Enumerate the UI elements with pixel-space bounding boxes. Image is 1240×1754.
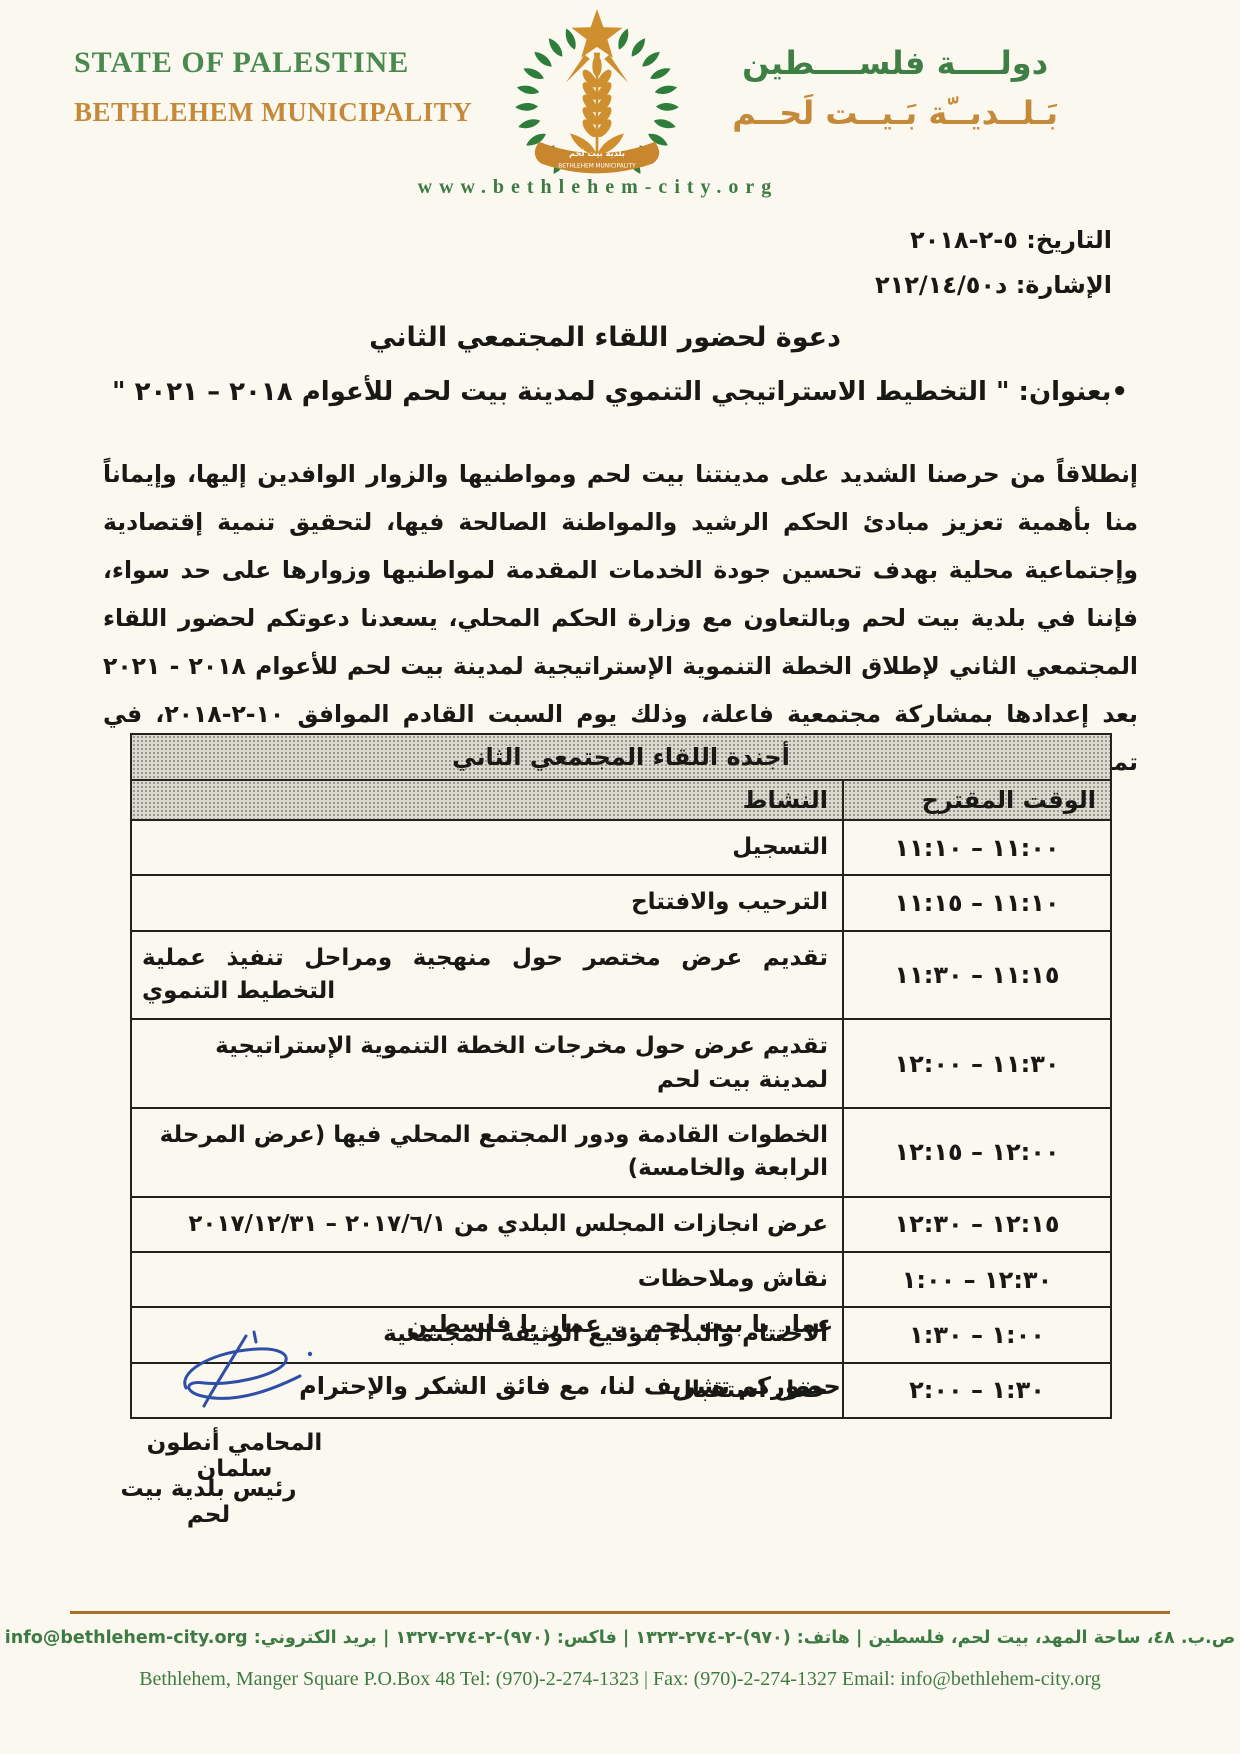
agenda-time-cell: ١٢:٠٠ – ١٢:١٥ bbox=[843, 1108, 1111, 1197]
footer-address-english: Bethlehem, Manger Square P.O.Box 48 Tel:… bbox=[0, 1668, 1240, 1691]
agenda-row: ١٢:١٥ – ١٢:٣٠ عرض انجازات المجلس البلدي … bbox=[131, 1197, 1111, 1252]
agenda-activity-cell: نقاش وملاحظات bbox=[131, 1252, 843, 1307]
agenda-activity-cell: تقديم عرض حول مخرجات الخطة التنموية الإس… bbox=[131, 1019, 843, 1108]
agenda-title: أجندة اللقاء المجتمعي الثاني bbox=[131, 734, 1111, 780]
agenda-row: ١١:١٥ – ١١:٣٠ تقديم عرض مختصر حول منهجية… bbox=[131, 931, 1111, 1020]
agenda-title-row: أجندة اللقاء المجتمعي الثاني bbox=[131, 734, 1111, 780]
agenda-row: ١٢:٠٠ – ١٢:١٥ الخطوات القادمة ودور المجت… bbox=[131, 1108, 1111, 1197]
emblem-icon: بلدية بيت لحم BETHLEHEM MUNICIPALITY bbox=[492, 6, 702, 178]
letter-title: دعوة لحضور اللقاء المجتمعي الثاني bbox=[0, 322, 1210, 353]
agenda-time-cell: ١١:١٠ – ١١:١٥ bbox=[843, 875, 1111, 930]
header-arabic: دولــــة فلســــطين بَـلــديــّة بَـيــت… bbox=[732, 44, 1058, 132]
municipality-logo: بلدية بيت لحم BETHLEHEM MUNICIPALITY bbox=[492, 6, 702, 182]
agenda-time-cell: ١٢:٣٠ – ١:٠٠ bbox=[843, 1252, 1111, 1307]
agenda-time-cell: ١١:٠٠ – ١١:١٠ bbox=[843, 820, 1111, 875]
agenda-activity-cell: تقديم عرض مختصر حول منهجية ومراحل تنفيذ … bbox=[131, 931, 843, 1020]
header-english: STATE OF PALESTINE BETHLEHEM MUNICIPALIT… bbox=[74, 46, 472, 128]
reference-line: الإشارة: د٢١٢/١٤/٥٠ bbox=[875, 263, 1112, 308]
org-name-english: STATE OF PALESTINE bbox=[74, 46, 472, 80]
date-label: التاريخ: bbox=[1026, 226, 1112, 254]
municipality-name-english: BETHLEHEM MUNICIPALITY bbox=[74, 97, 472, 128]
date-line: التاريخ: ٥-٢-٢٠١٨ bbox=[875, 218, 1112, 263]
agenda-activity-cell: عرض انجازات المجلس البلدي من ٢٠١٧/٦/١ – … bbox=[131, 1197, 843, 1252]
agenda-row: ١٢:٣٠ – ١:٠٠ نقاش وملاحظات bbox=[131, 1252, 1111, 1307]
signer-title: رئيس بلدية بيت لحم bbox=[96, 1476, 321, 1528]
agenda-activity-cell: الخطوات القادمة ودور المجتمع المحلي فيها… bbox=[131, 1108, 843, 1197]
agenda-row: ١١:٠٠ – ١١:١٠ التسجيل bbox=[131, 820, 1111, 875]
signer-name: المحامي أنطون سلمان bbox=[112, 1430, 357, 1482]
date-value: ٥-٢-٢٠١٨ bbox=[910, 226, 1018, 254]
website-url: www.bethlehem-city.org bbox=[380, 176, 816, 199]
letter-meta: التاريخ: ٥-٢-٢٠١٨ الإشارة: د٢١٢/١٤/٥٠ bbox=[875, 218, 1112, 308]
reference-value: د٢١٢/١٤/٥٠ bbox=[875, 271, 1007, 299]
org-name-arabic: دولــــة فلســــطين bbox=[732, 44, 1058, 82]
reference-label: الإشارة: bbox=[1016, 271, 1112, 299]
agenda-activity-cell: التسجيل bbox=[131, 820, 843, 875]
letter-subtitle: •بعنوان: " التخطيط الاستراتيجي التنموي ل… bbox=[0, 377, 1240, 407]
agenda-header-row: الوقت المقترح النشاط bbox=[131, 780, 1111, 820]
agenda-activity-cell: الترحيب والافتتاح bbox=[131, 875, 843, 930]
footer-address-arabic: ص.ب. ٤٨، ساحة المهد، بيت لحم، فلسطين | ه… bbox=[0, 1628, 1240, 1648]
municipality-name-arabic: بَـلــديــّة بَـيــت لَحــم bbox=[732, 94, 1058, 132]
agenda-time-cell: ١١:٣٠ – ١٢:٠٠ bbox=[843, 1019, 1111, 1108]
letter-page: STATE OF PALESTINE BETHLEHEM MUNICIPALIT… bbox=[0, 0, 1240, 1754]
banner-text-english: BETHLEHEM MUNICIPALITY bbox=[558, 164, 636, 170]
agenda-col-time: الوقت المقترح bbox=[843, 780, 1111, 820]
footer-rule bbox=[70, 1611, 1170, 1614]
agenda-time-cell: ١٢:١٥ – ١٢:٣٠ bbox=[843, 1197, 1111, 1252]
wheat-icon bbox=[570, 56, 624, 155]
banner-text-arabic: بلدية بيت لحم bbox=[569, 148, 625, 158]
agenda-col-activity: النشاط bbox=[131, 780, 843, 820]
agenda-time-cell: ١١:١٥ – ١١:٣٠ bbox=[843, 931, 1111, 1020]
agenda-row: ١١:١٠ – ١١:١٥ الترحيب والافتتاح bbox=[131, 875, 1111, 930]
agenda-row: ١١:٣٠ – ١٢:٠٠ تقديم عرض حول مخرجات الخطة… bbox=[131, 1019, 1111, 1108]
signature-scribble-icon bbox=[150, 1326, 350, 1440]
